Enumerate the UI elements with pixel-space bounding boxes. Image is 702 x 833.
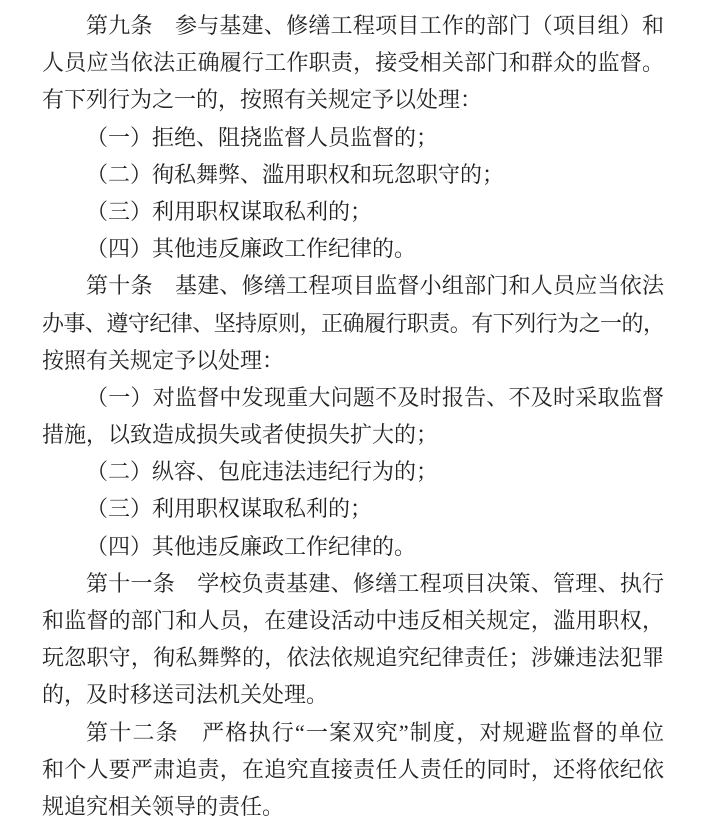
- text-line: 第十条 基建、修缮工程项目监督小组部门和人员应当依法: [42, 267, 664, 304]
- text-line: （一）对监督中发现重大问题不及时报告、不及时采取监督: [42, 379, 664, 416]
- text-line: 规追究相关领导的责任。: [42, 788, 664, 825]
- text-line: 按照有关规定予以处理：: [42, 342, 664, 379]
- text-line: （三）利用职权谋取私利的；: [42, 490, 664, 527]
- text-line: 办事、遵守纪律、坚持原则，正确履行职责。有下列行为之一的，: [42, 305, 664, 342]
- text-line: 第九条 参与基建、修缮工程项目工作的部门（项目组）和: [42, 7, 664, 44]
- text-line: 和监督的部门和人员，在建设活动中违反相关规定，滥用职权，: [42, 602, 664, 639]
- text-line: 的，及时移送司法机关处理。: [42, 676, 664, 713]
- text-line: 第十二条 严格执行“一案双究”制度，对规避监督的单位: [42, 714, 664, 751]
- text-line: 第十一条 学校负责基建、修缮工程项目决策、管理、执行: [42, 565, 664, 602]
- text-line: 措施，以致造成损失或者使损失扩大的；: [42, 416, 664, 453]
- text-line: （二）徇私舞弊、滥用职权和玩忽职守的；: [42, 156, 664, 193]
- text-line: 玩忽职守，徇私舞弊的，依法依规追究纪律责任；涉嫌违法犯罪: [42, 639, 664, 676]
- text-line: （四）其他违反廉政工作纪律的。: [42, 230, 664, 267]
- text-line: （四）其他违反廉政工作纪律的。: [42, 528, 664, 565]
- text-line: 有下列行为之一的，按照有关规定予以处理：: [42, 81, 664, 118]
- text-line: （三）利用职权谋取私利的；: [42, 193, 664, 230]
- text-line: （二）纵容、包庇违法违纪行为的；: [42, 453, 664, 490]
- text-line: 和个人要严肃追责，在追究直接责任人责任的同时，还将依纪依: [42, 751, 664, 788]
- document-page: 第九条 参与基建、修缮工程项目工作的部门（项目组）和 人员应当依法正确履行工作职…: [0, 0, 702, 833]
- document-text-block: 第九条 参与基建、修缮工程项目工作的部门（项目组）和 人员应当依法正确履行工作职…: [42, 7, 664, 825]
- text-line: 人员应当依法正确履行工作职责，接受相关部门和群众的监督。: [42, 44, 664, 81]
- text-line: （一）拒绝、阻挠监督人员监督的；: [42, 119, 664, 156]
